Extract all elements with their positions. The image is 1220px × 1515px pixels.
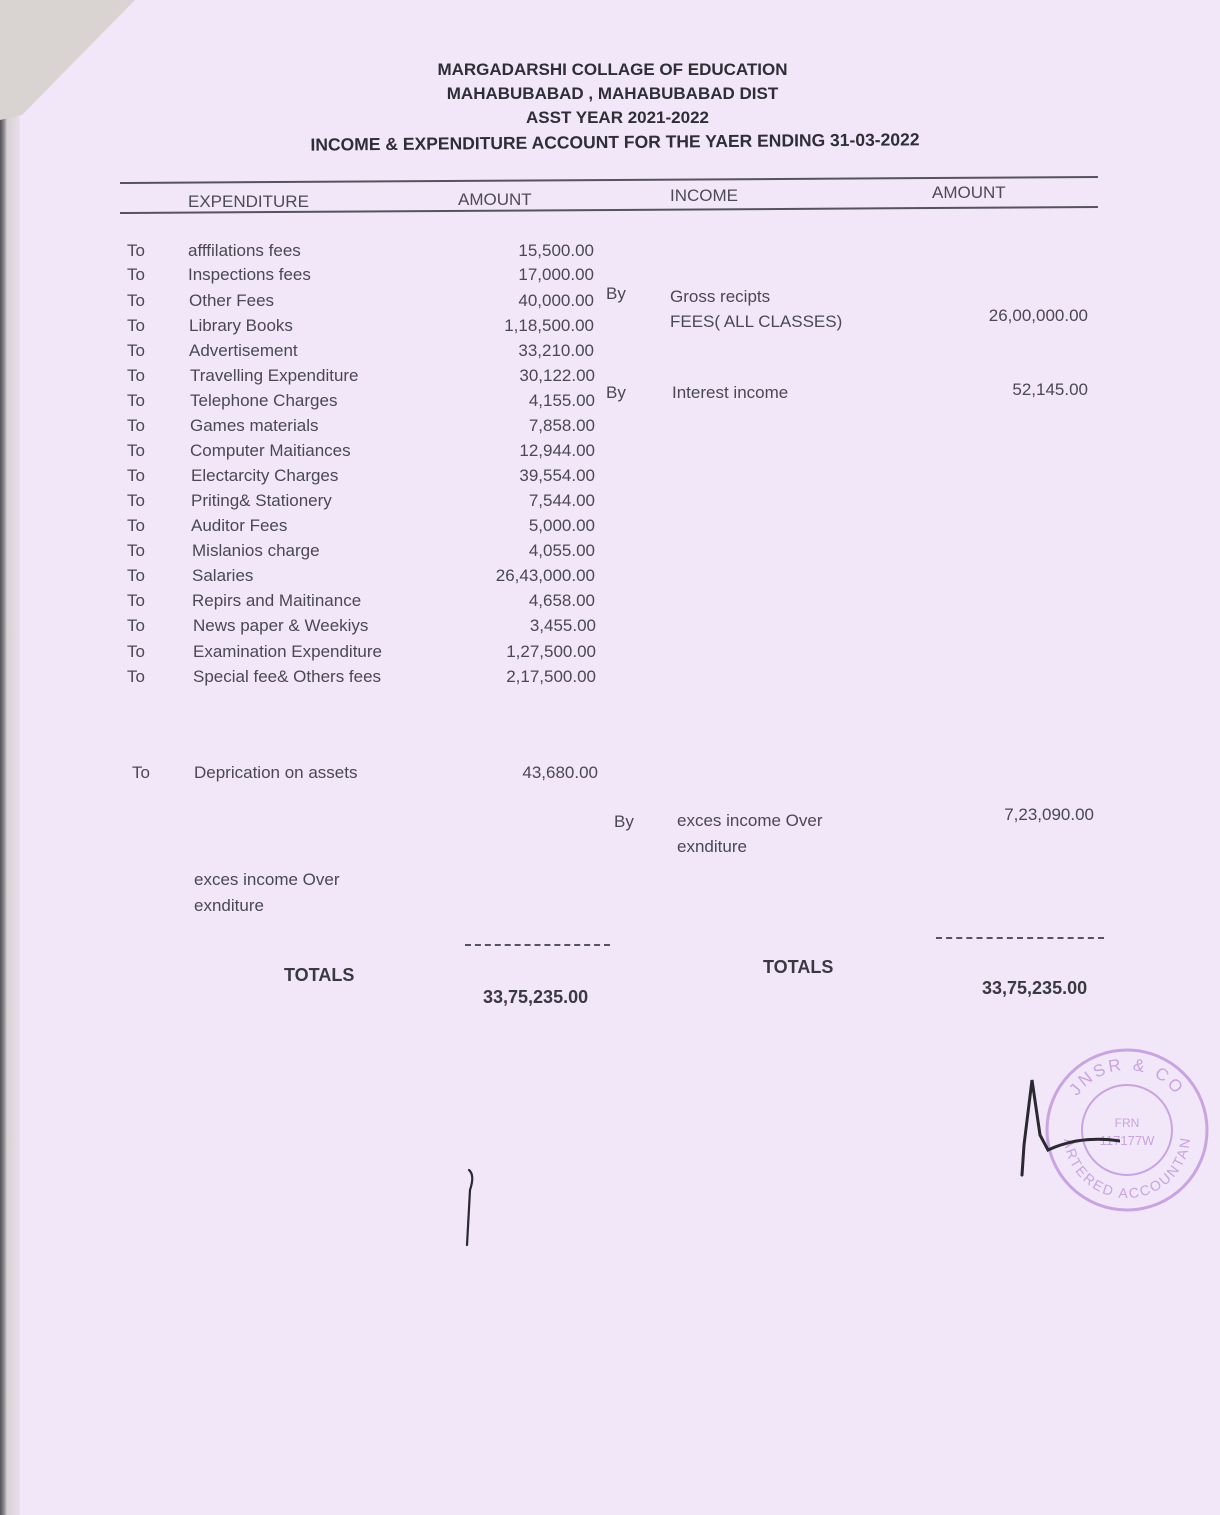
row-amount: 7,858.00 bbox=[529, 416, 595, 436]
totals-label-right: TOTALS bbox=[763, 957, 833, 978]
row-prefix: To bbox=[127, 591, 145, 611]
income-prefix-3: By bbox=[614, 812, 634, 832]
income-label-gross-receipts: Gross recipts FEES( ALL CLASSES) bbox=[670, 284, 842, 334]
row-prefix: To bbox=[127, 366, 145, 386]
row-prefix: To bbox=[127, 265, 145, 285]
expenditure-row: ToAuditor Fees5,000.00 bbox=[0, 516, 1220, 540]
row-label: Telephone Charges bbox=[190, 391, 337, 411]
row-prefix: To bbox=[127, 566, 145, 586]
row-prefix: To bbox=[127, 616, 145, 636]
income-prefix-1: By bbox=[606, 284, 626, 304]
row-amount: 33,210.00 bbox=[518, 341, 594, 361]
row-label: Other Fees bbox=[189, 291, 274, 311]
row-prefix: To bbox=[127, 316, 145, 336]
total-separator-left bbox=[465, 944, 610, 946]
row-amount: 7,544.00 bbox=[529, 491, 595, 511]
row-prefix: To bbox=[127, 341, 145, 361]
expenditure-row: Toafffilations fees15,500.00 bbox=[0, 241, 1220, 265]
income-label-excess: exces income Over exnditure bbox=[677, 808, 823, 860]
auditor-signature bbox=[1010, 1075, 1120, 1185]
row-prefix: To bbox=[127, 516, 145, 536]
row-label: News paper & Weekiys bbox=[193, 616, 368, 636]
expenditure-row: To Salaries26,43,000.00 bbox=[0, 566, 1220, 590]
expenditure-row: ToExamination Expenditure1,27,500.00 bbox=[0, 642, 1220, 666]
excess-left-label: exces income Over exnditure bbox=[194, 867, 340, 919]
row-prefix: To bbox=[127, 241, 145, 261]
row-label: Special fee& Others fees bbox=[193, 667, 381, 687]
row-label: Electarcity Charges bbox=[191, 466, 338, 486]
income-amount-interest: 52,145.00 bbox=[1012, 380, 1088, 400]
depreciation-row: To Deprication on assets 43,680.00 bbox=[0, 763, 1220, 787]
expenditure-row: ToMislanios charge4,055.00 bbox=[0, 541, 1220, 565]
row-amount: 3,455.00 bbox=[530, 616, 596, 636]
institution-name: MARGADARSHI COLLAGE OF EDUCATION bbox=[5, 58, 1220, 82]
page-scan-edge bbox=[0, 0, 20, 1515]
column-header-income: INCOME bbox=[670, 186, 738, 206]
row-prefix: To bbox=[127, 642, 145, 662]
row-label: Deprication on assets bbox=[194, 763, 357, 783]
row-label: Games materials bbox=[190, 416, 318, 436]
expenditure-row: ToNews paper & Weekiys3,455.00 bbox=[0, 616, 1220, 640]
row-prefix: To bbox=[127, 391, 145, 411]
income-amount-gross-receipts: 26,00,000.00 bbox=[989, 306, 1088, 326]
row-amount: 40,000.00 bbox=[518, 291, 594, 311]
row-amount: 4,155.00 bbox=[529, 391, 595, 411]
expenditure-row: ToGames materials7,858.00 bbox=[0, 416, 1220, 440]
row-prefix: To bbox=[127, 667, 145, 687]
totals-amount-left: 33,75,235.00 bbox=[483, 987, 588, 1008]
row-label: Salaries bbox=[192, 566, 253, 586]
row-label: Computer Maitiances bbox=[190, 441, 351, 461]
row-label: Inspections fees bbox=[188, 265, 311, 285]
row-amount: 12,944.00 bbox=[519, 441, 595, 461]
row-amount: 30,122.00 bbox=[519, 366, 595, 386]
row-label: Advertisement bbox=[189, 341, 298, 361]
column-header-amount-right: AMOUNT bbox=[932, 183, 1006, 203]
income-amount-excess: 7,23,090.00 bbox=[1004, 805, 1094, 825]
row-amount: 4,055.00 bbox=[529, 541, 595, 561]
row-amount: 39,554.00 bbox=[519, 466, 595, 486]
row-amount: 43,680.00 bbox=[522, 763, 598, 783]
institution-location: MAHABUBABAD , MAHABUBABAD DIST bbox=[5, 82, 1220, 106]
document-header: MARGADARSHI COLLAGE OF EDUCATION MAHABUB… bbox=[0, 58, 1220, 154]
row-amount: 5,000.00 bbox=[529, 516, 595, 536]
row-amount: 2,17,500.00 bbox=[506, 667, 596, 687]
row-label: Library Books bbox=[189, 316, 293, 336]
income-label-interest: Interest income bbox=[672, 383, 788, 403]
row-label: Examination Expenditure bbox=[193, 642, 382, 662]
row-label: afffilations fees bbox=[188, 241, 301, 261]
row-label: Repirs and Maitinance bbox=[192, 591, 361, 611]
row-prefix: To bbox=[127, 416, 145, 436]
row-prefix: To bbox=[127, 466, 145, 486]
column-header-amount-left: AMOUNT bbox=[458, 190, 532, 210]
row-label: Auditor Fees bbox=[191, 516, 287, 536]
totals-amount-right: 33,75,235.00 bbox=[982, 978, 1087, 999]
row-prefix: To bbox=[127, 491, 145, 511]
row-amount: 4,658.00 bbox=[529, 591, 595, 611]
row-prefix: To bbox=[127, 291, 145, 311]
row-amount: 1,27,500.00 bbox=[506, 642, 596, 662]
row-amount: 17,000.00 bbox=[518, 265, 594, 285]
row-amount: 1,18,500.00 bbox=[504, 316, 594, 336]
row-prefix: To bbox=[127, 541, 145, 561]
row-prefix: To bbox=[127, 441, 145, 461]
row-amount: 15,500.00 bbox=[518, 241, 594, 261]
column-header-expenditure: EXPENDITURE bbox=[188, 192, 309, 212]
expenditure-row: ToRepirs and Maitinance4,658.00 bbox=[0, 591, 1220, 615]
row-label: Mislanios charge bbox=[192, 541, 320, 561]
principal-signature bbox=[455, 1165, 485, 1255]
expenditure-row: ToComputer Maitiances12,944.00 bbox=[0, 441, 1220, 465]
expenditure-row: ToAdvertisement33,210.00 bbox=[0, 341, 1220, 365]
income-prefix-2: By bbox=[606, 383, 626, 403]
expenditure-row: ToElectarcity Charges39,554.00 bbox=[0, 466, 1220, 490]
row-prefix: To bbox=[132, 763, 150, 783]
expenditure-row: ToPriting& Stationery7,544.00 bbox=[0, 491, 1220, 515]
row-amount: 26,43,000.00 bbox=[496, 566, 595, 586]
row-label: Priting& Stationery bbox=[191, 491, 332, 511]
expenditure-row: ToSpecial fee& Others fees2,17,500.00 bbox=[0, 667, 1220, 691]
row-label: Travelling Expenditure bbox=[190, 366, 359, 386]
total-separator-right bbox=[936, 937, 1104, 939]
totals-label-left: TOTALS bbox=[284, 965, 354, 986]
